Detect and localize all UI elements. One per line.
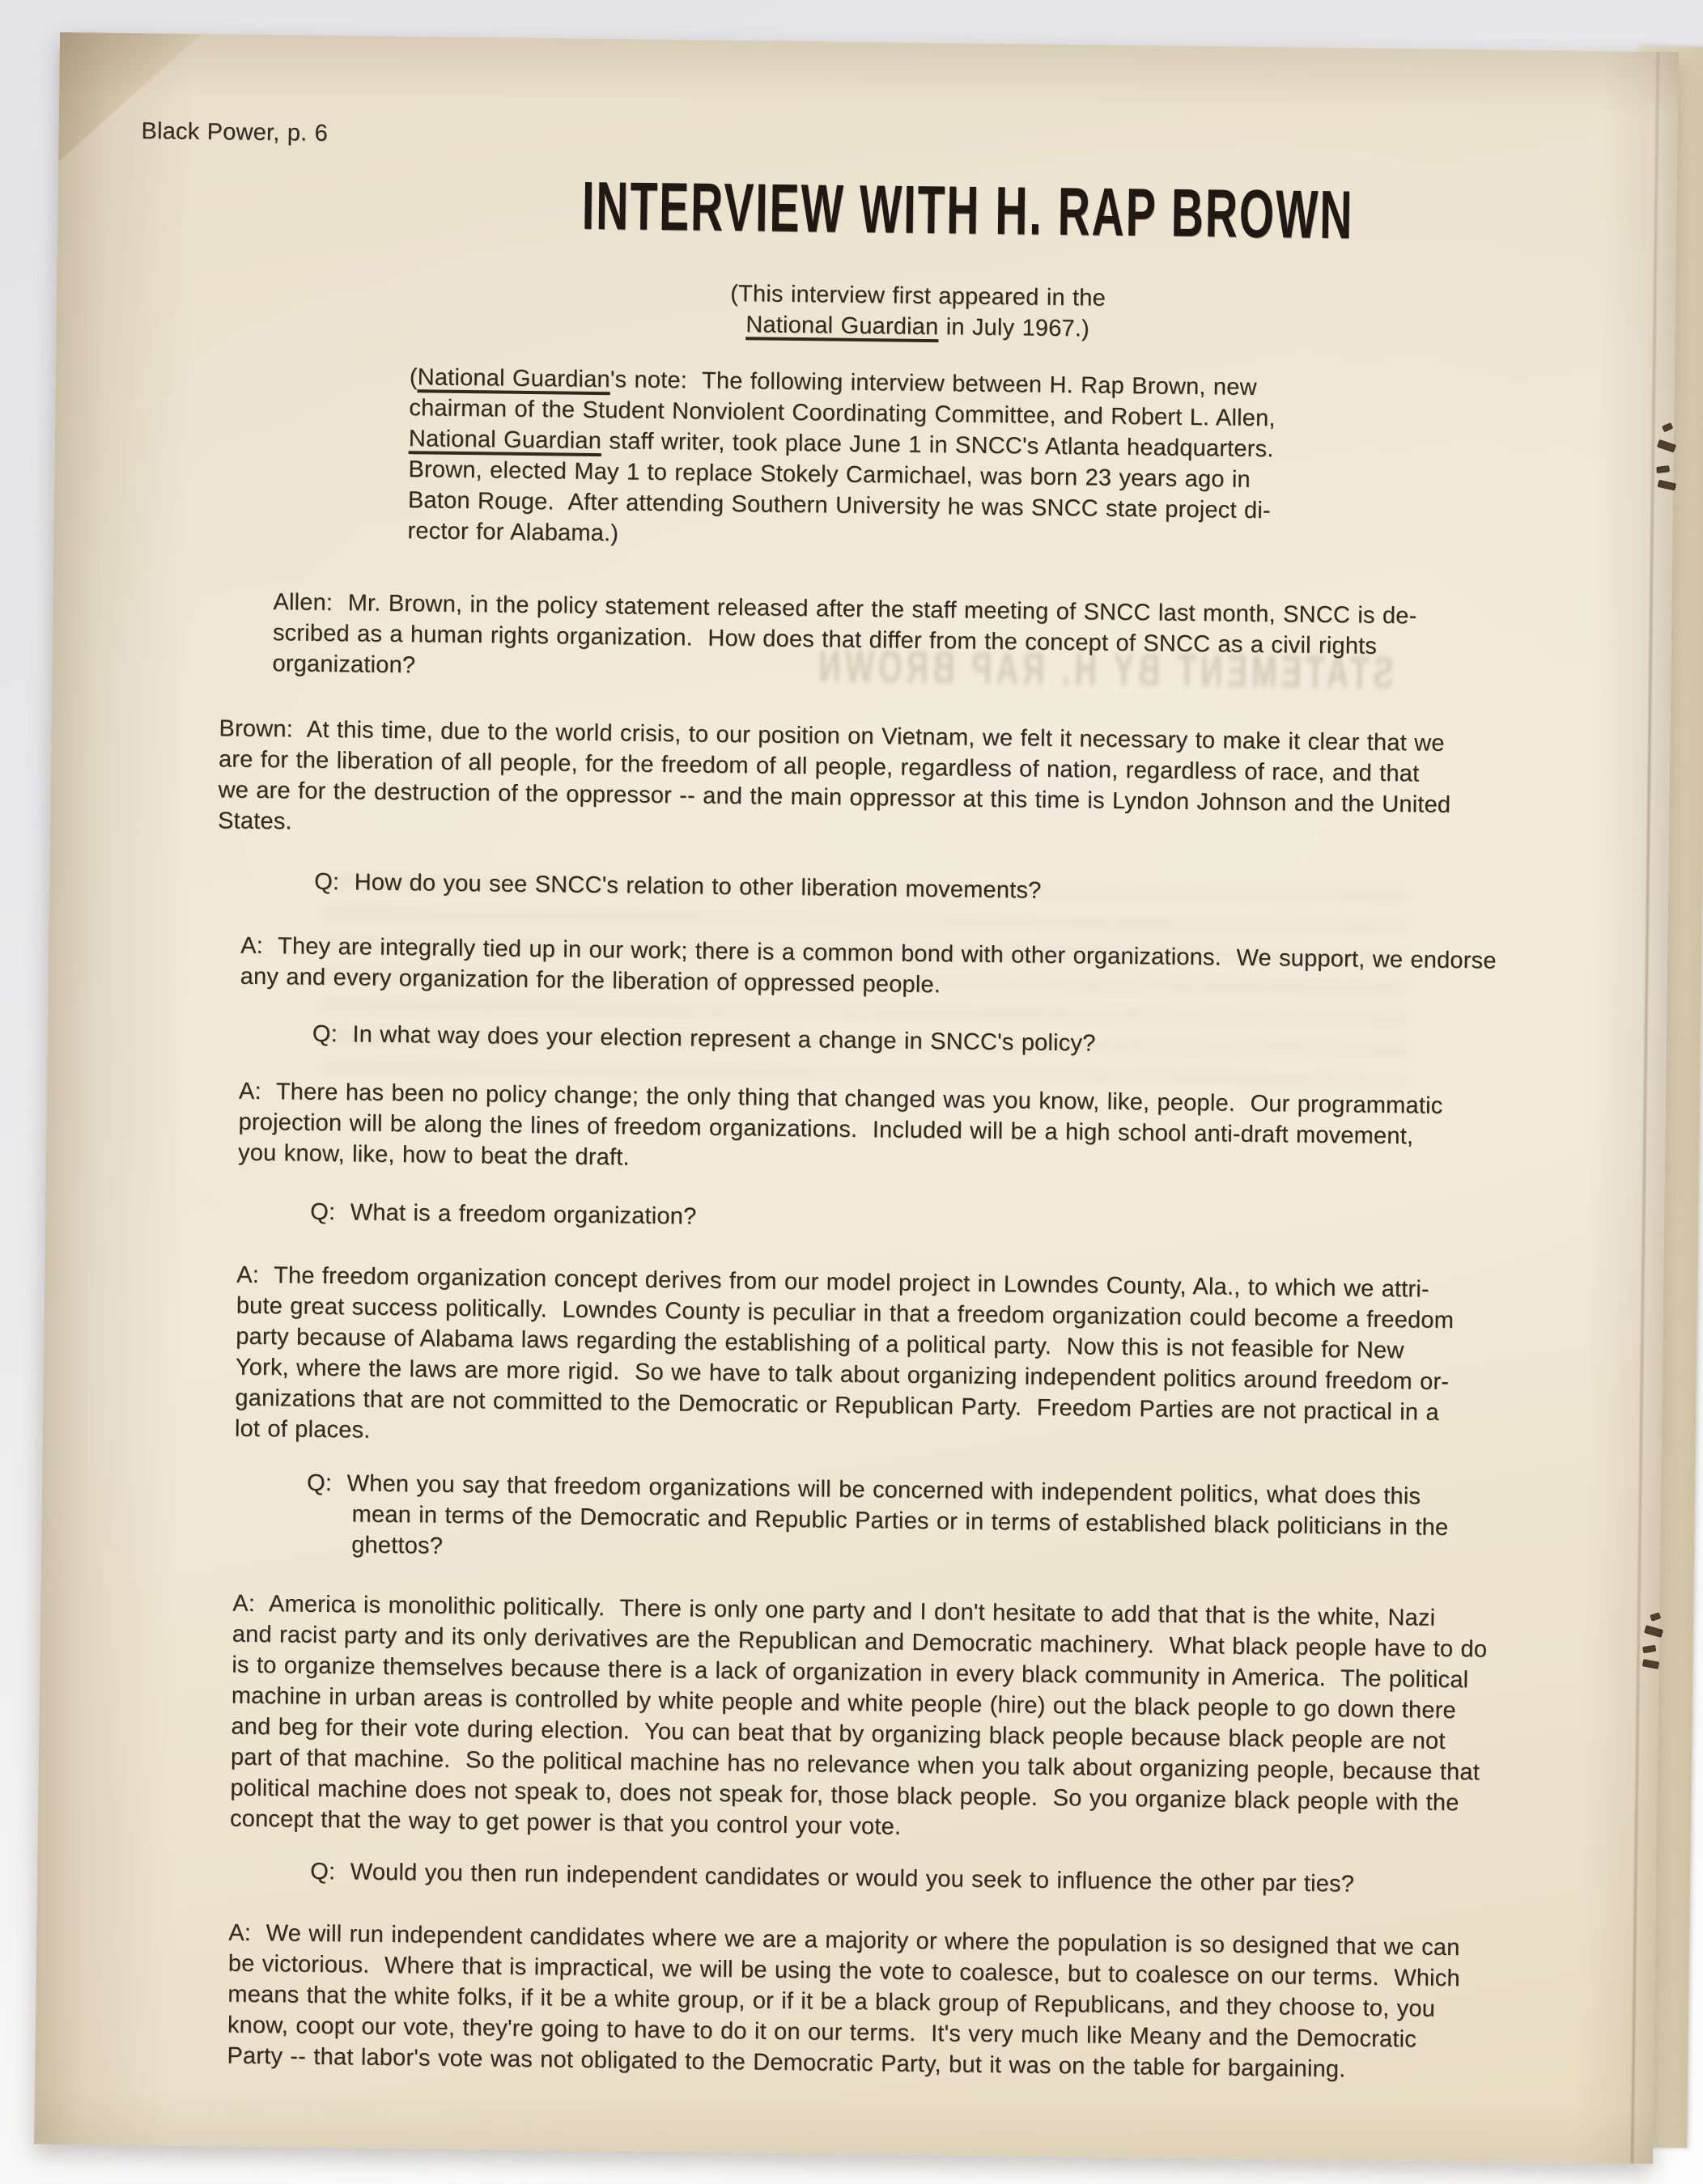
staple-mark [1642, 1659, 1659, 1669]
publication-name-underlined: National Guardian [745, 312, 939, 342]
intro-line-2-rest: in July 1967.) [938, 314, 1089, 341]
text-line: Q: Would you then run independent candid… [310, 1856, 1354, 1900]
publication-name-underlined: National Guardian [409, 426, 602, 456]
brown-answer-paragraph: Brown: At this time, due to the world cr… [218, 713, 1452, 851]
editors-note: (National Guardian's note: The following… [407, 362, 1276, 557]
answer-4: A: America is monolithic politically. Th… [230, 1588, 1488, 1850]
document-title-text: INTERVIEW WITH H. RAP BROWN [581, 167, 1354, 255]
intro-note: (This interview first appeared in the Na… [108, 271, 1703, 352]
staple-mark [1662, 422, 1673, 432]
answer-2: A: There has been no policy change; the … [238, 1076, 1443, 1183]
staple-mark [1642, 1645, 1656, 1653]
document-title: INTERVIEW WITH H. RAP BROWN [57, 160, 1703, 260]
note-line-1-paren: ( [410, 364, 418, 390]
page-header: Black Power, p. 6 [141, 118, 328, 147]
text-line: Q: What is a freedom organization? [310, 1197, 697, 1232]
document-page: STATEMENT BY H. RAP BROWN Black Power, p… [34, 32, 1679, 2164]
publication-name-underlined: National Guardian [417, 364, 610, 395]
photo-background: STATEMENT BY H. RAP BROWN Black Power, p… [0, 0, 1703, 2184]
answer-5: A: We will run independent candidates wh… [227, 1918, 1460, 2087]
staple-mark [1656, 465, 1670, 473]
staple-mark [1657, 439, 1676, 453]
page-fold-crease [1631, 52, 1659, 2164]
question-5: Q: Would you then run independent candid… [310, 1856, 1354, 1900]
answer-3: A: The freedom organization concept deri… [235, 1260, 1455, 1459]
question-3: Q: What is a freedom organization? [310, 1197, 697, 1232]
allen-question-paragraph: Allen: Mr. Brown, in the policy statemen… [272, 587, 1416, 693]
question-4: Q: When you say that freedom organizatio… [306, 1468, 1449, 1574]
staple-mark [1650, 1612, 1661, 1622]
